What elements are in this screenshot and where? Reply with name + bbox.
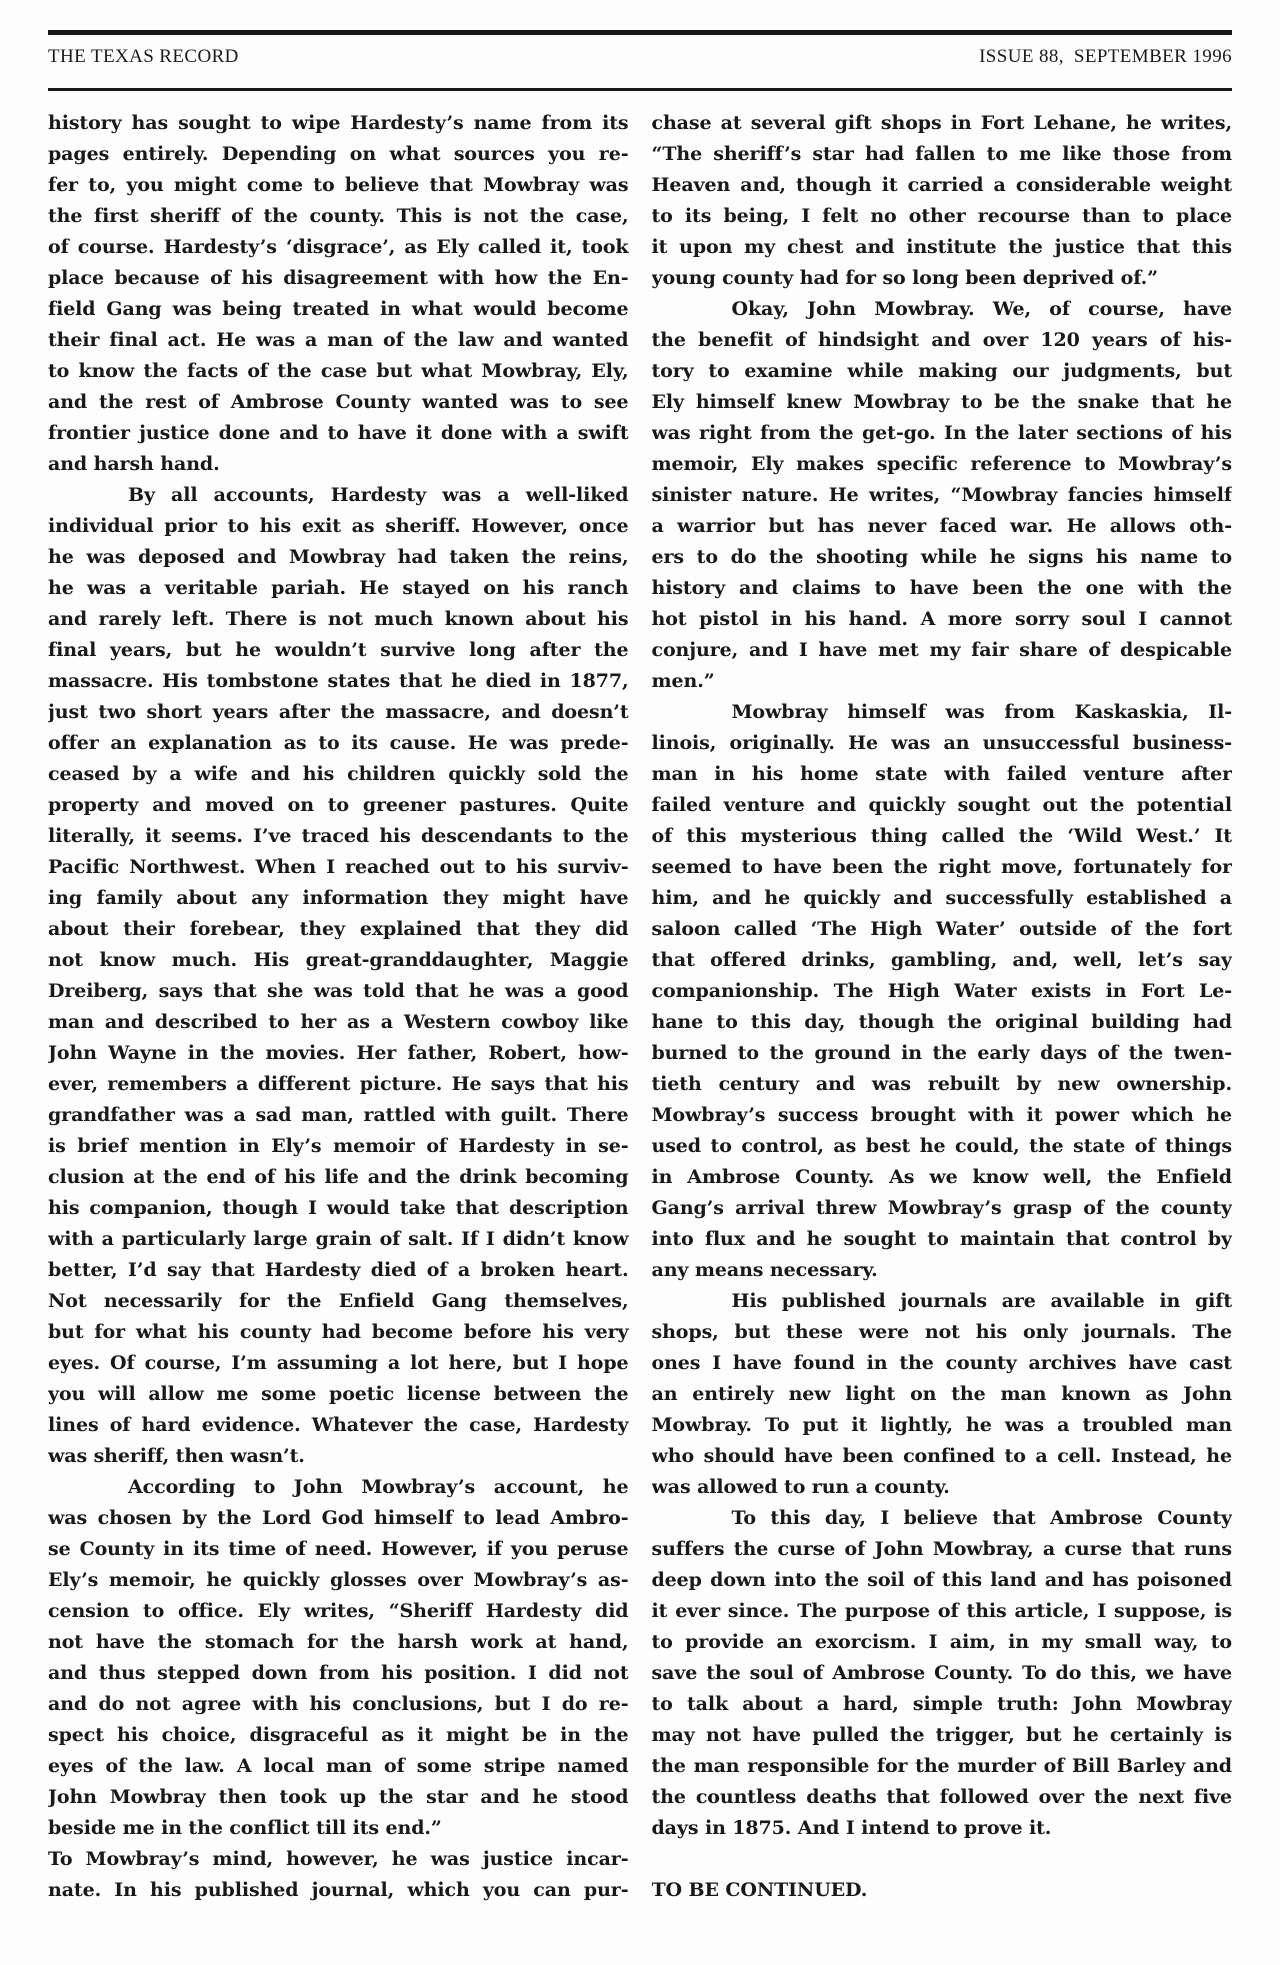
text-line: According to John Mowbray’s account, he xyxy=(48,1472,629,1503)
article-column-left: history has sought to wipe Hardesty’s na… xyxy=(48,108,629,1906)
text-line: and harsh hand. xyxy=(48,449,629,480)
text-line: se County in its time of need. However, … xyxy=(48,1534,629,1565)
text-line: his companion, though I would take that … xyxy=(48,1193,629,1224)
text-line: saloon called ‘The High Water’ outside o… xyxy=(652,914,1233,945)
text-line: clusion at the end of his life and the d… xyxy=(48,1162,629,1193)
text-line: final years, but he wouldn’t survive lon… xyxy=(48,635,629,666)
blank-line xyxy=(652,1844,1233,1875)
text-line: was sheriff, then wasn’t. xyxy=(48,1441,629,1472)
text-line: Gang’s arrival threw Mowbray’s grasp of … xyxy=(652,1193,1233,1224)
text-line: sinister nature. He writes, “Mowbray fan… xyxy=(652,480,1233,511)
text-line: beside me in the conflict till its end.” xyxy=(48,1813,629,1844)
text-line: to know the facts of the case but what M… xyxy=(48,356,629,387)
text-line: history and claims to have been the one … xyxy=(652,573,1233,604)
text-line: and the rest of Ambrose County wanted wa… xyxy=(48,387,629,418)
text-line: failed venture and quickly sought out th… xyxy=(652,790,1233,821)
text-line: he was a veritable pariah. He stayed on … xyxy=(48,573,629,604)
text-line: you will allow me some poetic license be… xyxy=(48,1379,629,1410)
text-line: companionship. The High Water exists in … xyxy=(652,976,1233,1007)
text-line: and thus stepped down from his position.… xyxy=(48,1658,629,1689)
text-line: individual prior to his exit as sheriff.… xyxy=(48,511,629,542)
text-line: a warrior but has never faced war. He al… xyxy=(652,511,1233,542)
text-line: into flux and he sought to maintain that… xyxy=(652,1224,1233,1255)
text-line: tieth century and was rebuilt by new own… xyxy=(652,1069,1233,1100)
text-line: used to control, as best he could, the s… xyxy=(652,1131,1233,1162)
text-line: to talk about a hard, simple truth: John… xyxy=(652,1689,1233,1720)
text-line: ones I have found in the county archives… xyxy=(652,1348,1233,1379)
text-line: hot pistol in his hand. A more sorry sou… xyxy=(652,604,1233,635)
text-line: save the soul of Ambrose County. To do t… xyxy=(652,1658,1233,1689)
text-line: is brief mention in Ely’s memoir of Hard… xyxy=(48,1131,629,1162)
text-line: suffers the curse of John Mowbray, a cur… xyxy=(652,1534,1233,1565)
text-line: eyes of the law. A local man of some str… xyxy=(48,1751,629,1782)
text-line: men.” xyxy=(652,666,1233,697)
text-line: eyes. Of course, I’m assuming a lot here… xyxy=(48,1348,629,1379)
text-line: was chosen by the Lord God himself to le… xyxy=(48,1503,629,1534)
text-line: ers to do the shooting while he signs hi… xyxy=(652,542,1233,573)
text-line: spect his choice, disgraceful as it migh… xyxy=(48,1720,629,1751)
text-line: lines of hard evidence. Whatever the cas… xyxy=(48,1410,629,1441)
text-line: massacre. His tombstone states that he d… xyxy=(48,666,629,697)
text-line: better, I’d say that Hardesty died of a … xyxy=(48,1255,629,1286)
publication-name: THE TEXAS RECORD xyxy=(48,46,239,68)
text-line: ing family about any information they mi… xyxy=(48,883,629,914)
text-line: man in his home state with failed ventur… xyxy=(652,759,1233,790)
text-line: an entirely new light on the man known a… xyxy=(652,1379,1233,1410)
text-line: in Ambrose County. As we know well, the … xyxy=(652,1162,1233,1193)
text-line: their final act. He was a man of the law… xyxy=(48,325,629,356)
text-line: and do not agree with his conclusions, b… xyxy=(48,1689,629,1720)
text-line: the first sheriff of the county. This is… xyxy=(48,201,629,232)
text-line: Ely himself knew Mowbray to be the snake… xyxy=(652,387,1233,418)
text-line: ever, remembers a different picture. He … xyxy=(48,1069,629,1100)
text-line: days in 1875. And I intend to prove it. xyxy=(652,1813,1233,1844)
text-line: hane to this day, though the original bu… xyxy=(652,1007,1233,1038)
text-line: was right from the get-go. In the later … xyxy=(652,418,1233,449)
text-line: Pacific Northwest. When I reached out to… xyxy=(48,852,629,883)
text-line: with a particularly large grain of salt.… xyxy=(48,1224,629,1255)
text-line: history has sought to wipe Hardesty’s na… xyxy=(48,108,629,139)
text-line: Okay, John Mowbray. We, of course, have xyxy=(652,294,1233,325)
text-line: His published journals are available in … xyxy=(652,1286,1233,1317)
text-line: Mowbray. To put it lightly, he was a tro… xyxy=(652,1410,1233,1441)
text-line: that offered drinks, gambling, and, well… xyxy=(652,945,1233,976)
article-body: history has sought to wipe Hardesty’s na… xyxy=(48,108,1232,1906)
text-line: chase at several gift shops in Fort Leha… xyxy=(652,108,1233,139)
text-line: nate. In his published journal, which yo… xyxy=(48,1875,629,1906)
text-line: Heaven and, though it carried a consider… xyxy=(652,170,1233,201)
text-line: place because of his disagreement with h… xyxy=(48,263,629,294)
text-line: memoir, Ely makes specific reference to … xyxy=(652,449,1233,480)
text-line: but for what his county had become befor… xyxy=(48,1317,629,1348)
header-bottom-rule xyxy=(48,88,1232,91)
text-line: Mowbray himself was from Kaskaskia, Il- xyxy=(652,697,1233,728)
text-line: ceased by a wife and his children quickl… xyxy=(48,759,629,790)
text-line: cension to office. Ely writes, “Sheriff … xyxy=(48,1596,629,1627)
text-line: any means necessary. xyxy=(652,1255,1233,1286)
text-line: it ever since. The purpose of this artic… xyxy=(652,1596,1233,1627)
text-line: frontier justice done and to have it don… xyxy=(48,418,629,449)
text-line: him, and he quickly and successfully est… xyxy=(652,883,1233,914)
text-line: field Gang was being treated in what wou… xyxy=(48,294,629,325)
text-line: grandfather was a sad man, rattled with … xyxy=(48,1100,629,1131)
text-line: shops, but these were not his only journ… xyxy=(652,1317,1233,1348)
text-line: TO BE CONTINUED. xyxy=(652,1875,1233,1906)
text-line: not know much. His great-granddaughter, … xyxy=(48,945,629,976)
text-line: the countless deaths that followed over … xyxy=(652,1782,1233,1813)
text-line: tory to examine while making our judgmen… xyxy=(652,356,1233,387)
text-line: to provide an exorcism. I aim, in my sma… xyxy=(652,1627,1233,1658)
masthead: THE TEXAS RECORD ISSUE 88, SEPTEMBER 199… xyxy=(48,46,1232,68)
text-line: who should have been confined to a cell.… xyxy=(652,1441,1233,1472)
text-line: conjure, and I have met my fair share of… xyxy=(652,635,1233,666)
text-line: deep down into the soil of this land and… xyxy=(652,1565,1233,1596)
text-line: young county had for so long been depriv… xyxy=(652,263,1233,294)
text-line: about their forebear, they explained tha… xyxy=(48,914,629,945)
text-line: man and described to her as a Western co… xyxy=(48,1007,629,1038)
text-line: and rarely left. There is not much known… xyxy=(48,604,629,635)
text-line: Mowbray’s success brought with it power … xyxy=(652,1100,1233,1131)
newspaper-page: THE TEXAS RECORD ISSUE 88, SEPTEMBER 199… xyxy=(0,0,1280,1965)
text-line: he was deposed and Mowbray had taken the… xyxy=(48,542,629,573)
text-line: literally, it seems. I’ve traced his des… xyxy=(48,821,629,852)
text-line: it upon my chest and institute the justi… xyxy=(652,232,1233,263)
text-line: Dreiberg, says that she was told that he… xyxy=(48,976,629,1007)
text-line: Ely’s memoir, he quickly glosses over Mo… xyxy=(48,1565,629,1596)
text-line: may not have pulled the trigger, but he … xyxy=(652,1720,1233,1751)
text-line: To this day, I believe that Ambrose Coun… xyxy=(652,1503,1233,1534)
text-line: to its being, I felt no other recourse t… xyxy=(652,201,1233,232)
text-line: the man responsible for the murder of Bi… xyxy=(652,1751,1233,1782)
article-column-right: chase at several gift shops in Fort Leha… xyxy=(652,108,1233,1906)
text-line: linois, originally. He was an unsuccessf… xyxy=(652,728,1233,759)
text-line: the benefit of hindsight and over 120 ye… xyxy=(652,325,1233,356)
text-line: not have the stomach for the harsh work … xyxy=(48,1627,629,1658)
text-line: John Mowbray then took up the star and h… xyxy=(48,1782,629,1813)
text-line: fer to, you might come to believe that M… xyxy=(48,170,629,201)
text-line: By all accounts, Hardesty was a well-lik… xyxy=(48,480,629,511)
text-line: just two short years after the massacre,… xyxy=(48,697,629,728)
text-line: of course. Hardesty’s ‘disgrace’, as Ely… xyxy=(48,232,629,263)
header-top-rule xyxy=(48,30,1232,35)
text-line: property and moved on to greener pasture… xyxy=(48,790,629,821)
text-line: Not necessarily for the Enfield Gang the… xyxy=(48,1286,629,1317)
text-line: “The sheriff’s star had fallen to me lik… xyxy=(652,139,1233,170)
text-line: offer an explanation as to its cause. He… xyxy=(48,728,629,759)
issue-date: ISSUE 88, SEPTEMBER 1996 xyxy=(979,46,1232,68)
text-line: pages entirely. Depending on what source… xyxy=(48,139,629,170)
text-line: of this mysterious thing called the ‘Wil… xyxy=(652,821,1233,852)
text-line: was allowed to run a county. xyxy=(652,1472,1233,1503)
text-line: seemed to have been the right move, fort… xyxy=(652,852,1233,883)
text-line: John Wayne in the movies. Her father, Ro… xyxy=(48,1038,629,1069)
text-line: To Mowbray’s mind, however, he was justi… xyxy=(48,1844,629,1875)
text-line: burned to the ground in the early days o… xyxy=(652,1038,1233,1069)
